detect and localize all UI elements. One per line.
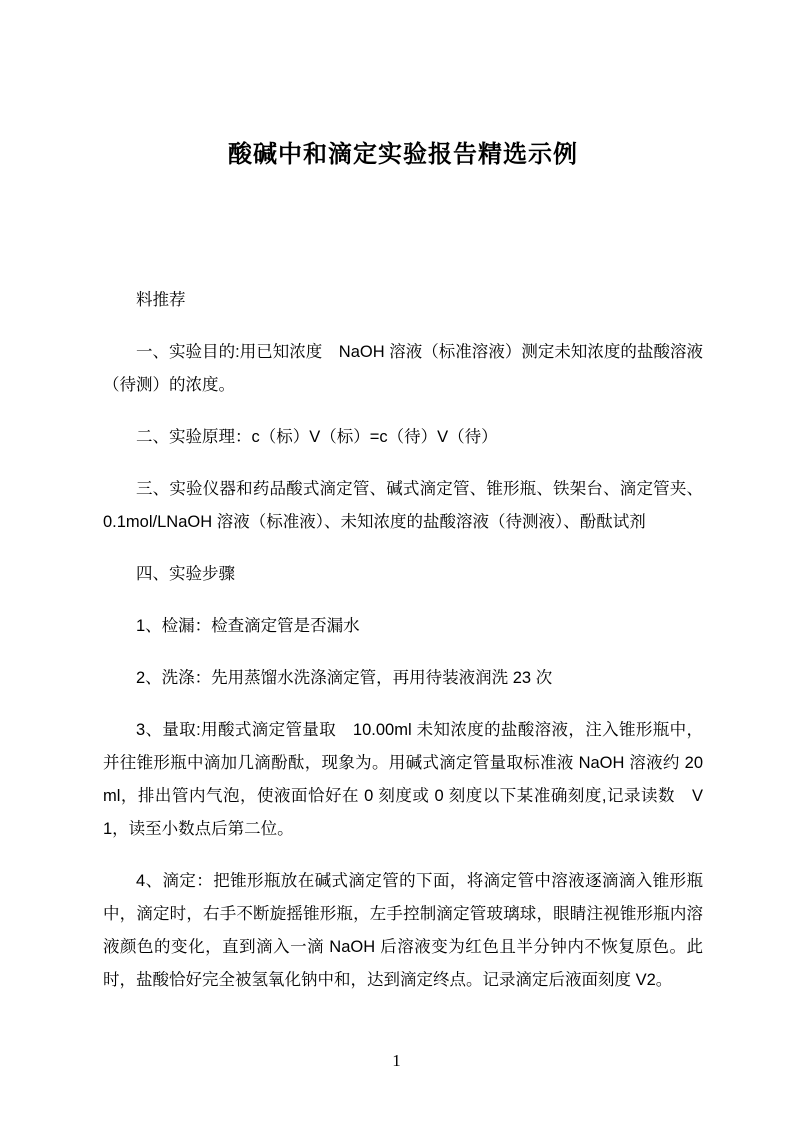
paragraph-step-1-leak-check: 1、检漏：检查滴定管是否漏水 (103, 610, 703, 643)
page-number: 1 (0, 1046, 793, 1076)
paragraph-step-4-titration: 4、滴定：把锥形瓶放在碱式滴定管的下面，将滴定管中溶液逐滴滴入锥形瓶中，滴定时，… (103, 865, 703, 997)
paragraph-instruments-reagents: 三、实验仪器和药品酸式滴定管、碱式滴定管、锥形瓶、铁架台、滴定管夹、0.1mol… (103, 473, 703, 539)
paragraph-steps-heading: 四、实验步骤 (103, 558, 703, 591)
paragraph-experiment-principle: 二、实验原理：c（标）V（标）=c（待）V（待） (103, 421, 703, 454)
paragraph-material-note: 料推荐 (103, 284, 703, 317)
paragraph-step-3-measuring: 3、量取:用酸式滴定管量取 10.00ml 未知浓度的盐酸溶液，注入锥形瓶中，并… (103, 714, 703, 846)
paragraph-experiment-purpose: 一、实验目的:用已知浓度 NaOH 溶液（标准溶液）测定未知浓度的盐酸溶液（待测… (103, 336, 703, 402)
document-body: 酸碱中和滴定实验报告精选示例 料推荐 一、实验目的:用已知浓度 NaOH 溶液（… (103, 0, 703, 1016)
paragraph-step-2-washing: 2、洗涤：先用蒸馏水洗涤滴定管，再用待装液润洗 23 次 (103, 662, 703, 695)
document-title: 酸碱中和滴定实验报告精选示例 (103, 138, 703, 172)
document-page: 酸碱中和滴定实验报告精选示例 料推荐 一、实验目的:用已知浓度 NaOH 溶液（… (0, 0, 793, 1122)
